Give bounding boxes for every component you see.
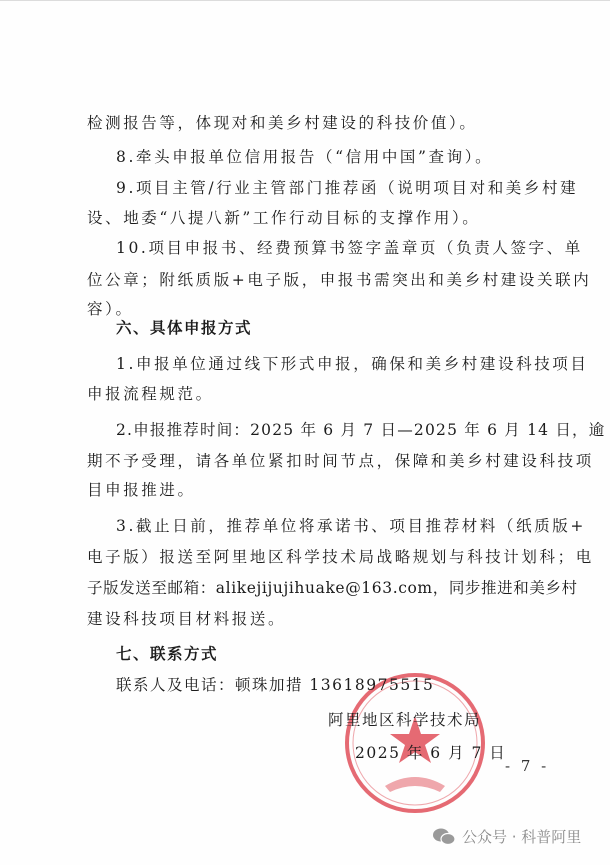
text-line: 电子版）报送至阿里地区科学技术局战略规划与科技计划科；电	[87, 547, 594, 567]
text-line: 建设科技项目材料报送。	[87, 609, 286, 629]
text-line: 目申报推进。	[87, 480, 196, 500]
top-border	[0, 0, 610, 1]
text-line: 检测报告等，体现对和美乡村建设的科技价值）。	[87, 113, 477, 133]
section-heading-6: 六、具体申报方式	[116, 318, 252, 338]
signature-org: 阿里地区科学技术局	[328, 708, 481, 730]
section-heading-7: 七、联系方式	[116, 644, 218, 664]
wechat-icon	[432, 827, 456, 847]
text-line: 8.牵头申报单位信用报告（“信用中国”查询）。	[116, 147, 493, 167]
text-line: 3.截止日前，推荐单位将承诺书、项目推荐材料（纸质版+	[116, 516, 586, 536]
watermark: 公众号 · 科普阿里	[432, 826, 581, 847]
contact-line: 联系人及电话：顿珠加措 13618975515	[116, 675, 434, 695]
email-line: 子版发送至邮箱：alikejijujihuake@163.com，同步推进和美乡…	[87, 578, 578, 598]
text-line: 10.项目申报书、经费预算书签字盖章页（负责人签字、单	[116, 238, 583, 258]
text-line: 2.申报推荐时间：2025 年 6 月 7 日—2025 年 6 月 14 日，…	[116, 420, 605, 440]
text-line: 位公章；附纸质版+电子版，申报书需突出和美乡村建设关联内	[87, 270, 591, 290]
text-line: 期不予受理，请各单位紧扣时间节点，保障和美乡村建设科技项	[87, 451, 594, 471]
text-line: 申报流程规范。	[87, 384, 214, 404]
text-line: 容）。	[87, 299, 134, 319]
text-line: 1.申报单位通过线下形式申报，确保和美乡村建设科技项目	[116, 354, 589, 374]
text-line: 9.项目主管/行业主管部门推荐函（说明项目对和美乡村建	[116, 178, 578, 198]
text-line: 设、地委“八提八新”工作行动目标的支撑作用）。	[87, 208, 480, 228]
signature-date: 2025 年 6 月 7 日	[355, 741, 506, 763]
page-number: - 7 -	[505, 757, 549, 775]
watermark-text: 公众号 · 科普阿里	[462, 826, 581, 847]
